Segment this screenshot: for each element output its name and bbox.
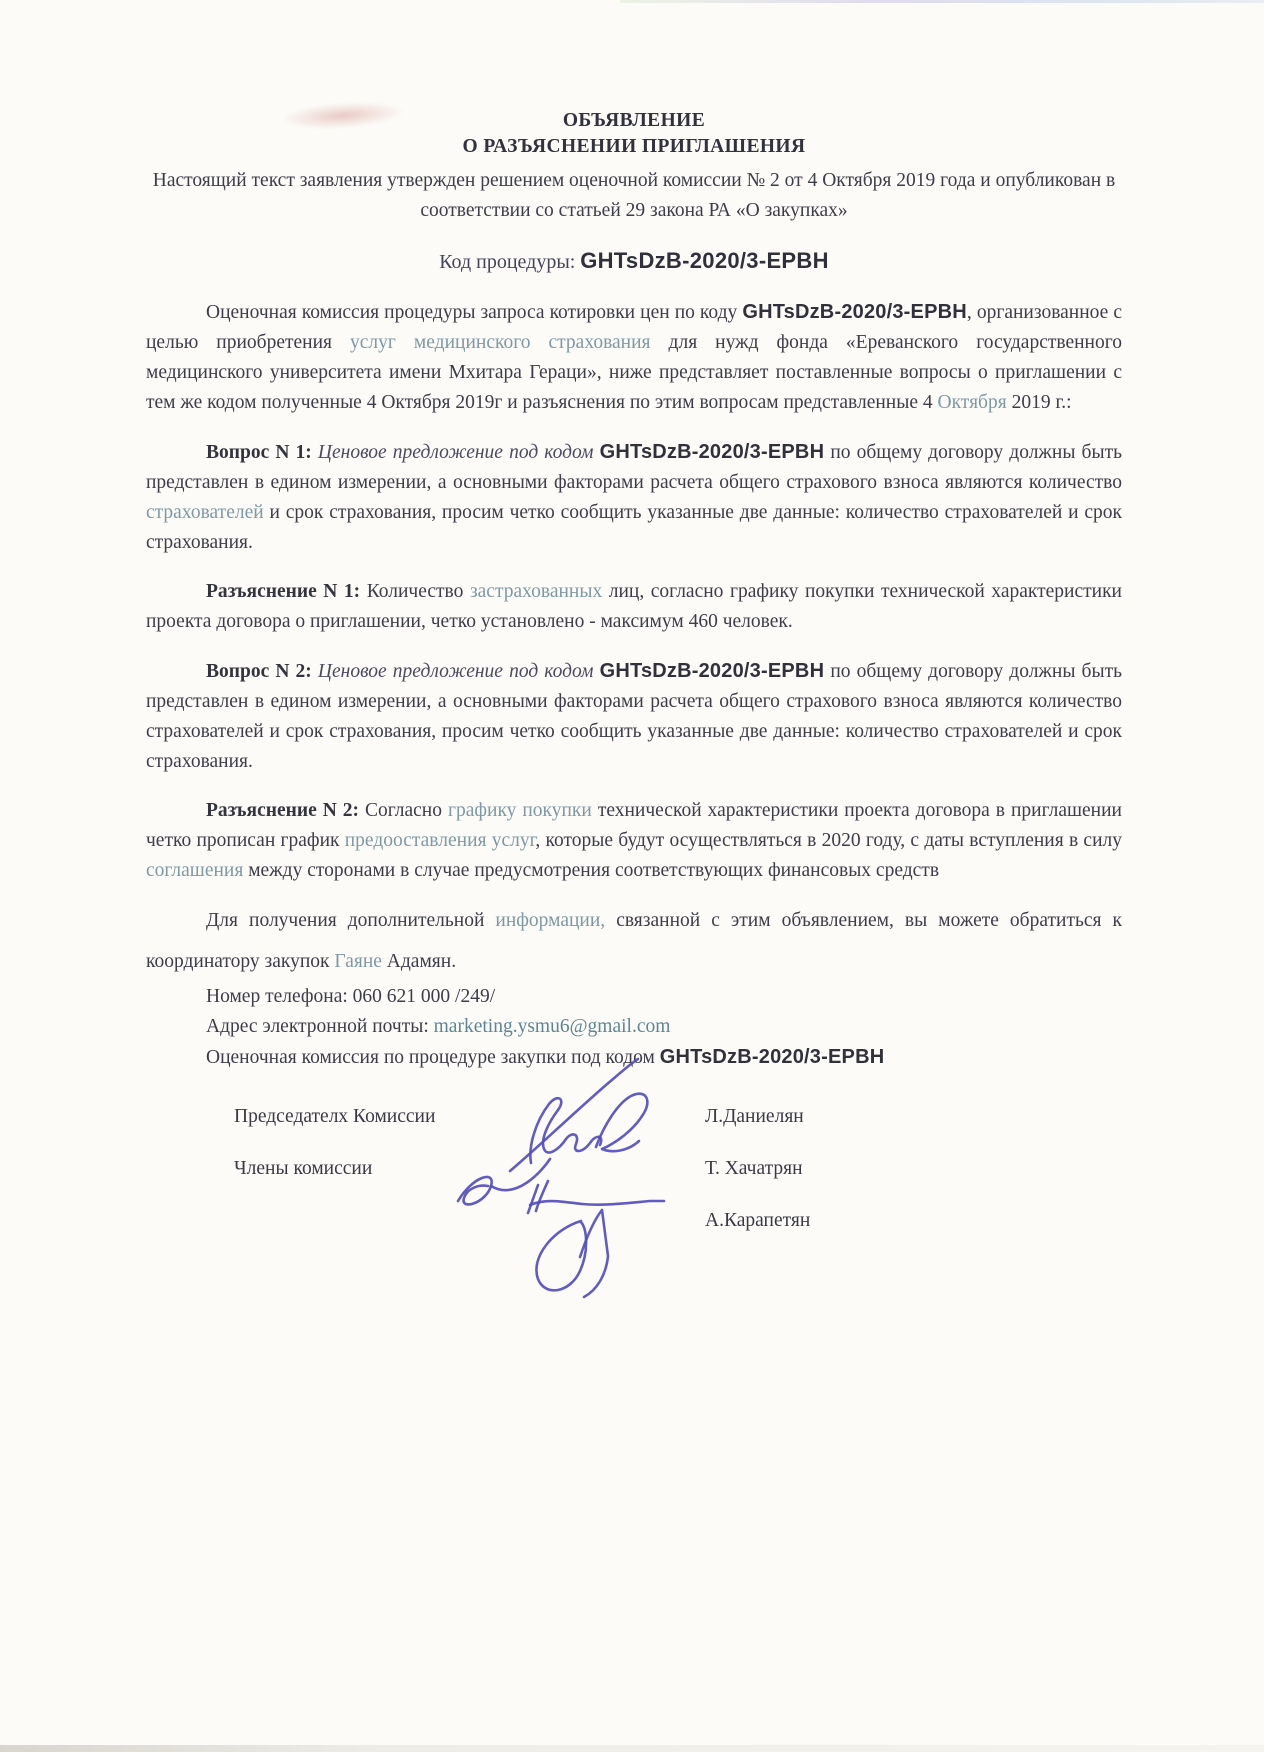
chairman-role-label: Председателх Комиссии (234, 1102, 564, 1132)
contact-note-paragraph: Для получения дополнительной информации,… (146, 900, 1122, 982)
text-segment: Адамян. (382, 951, 456, 972)
text-segment: GHTsDzB-2020/3-EPBH (600, 660, 825, 682)
signature-row-member-2: А.Карапетян (146, 1195, 1122, 1247)
text-segment: Для получения дополнительной (206, 910, 495, 931)
text-segment: Разъяснение N 1: (206, 581, 367, 602)
signature-row-member-1: Члены комиссии Т. Хачатрян (146, 1143, 1122, 1195)
members-role-label: Члены комиссии (234, 1154, 564, 1184)
text-segment: marketing.ysmu6@gmail.com (434, 1016, 671, 1037)
text-segment: графику покупки (448, 800, 592, 821)
text-segment: Согласно (365, 800, 448, 821)
text-segment: застрахованных (470, 581, 602, 602)
signature-block: Председателх Комиссии Л.Даниелян Члены к… (146, 1091, 1122, 1247)
text-segment: между сторонами в случае предусмотрения … (243, 860, 939, 881)
text-segment: Ценовое предложение под кодом (318, 661, 600, 682)
intro-paragraph: Настоящий текст заявления утвержден реше… (146, 166, 1122, 226)
text-segment: Вопрос N 1: (206, 442, 318, 463)
question-2-paragraph: Вопрос N 2: Ценовое предложение под кодо… (146, 656, 1122, 777)
text-segment: Ценовое предложение под кодом (318, 442, 600, 463)
text-segment: Октября (938, 392, 1007, 413)
phone-line: Номер телефона: 060 621 000 /249/ (146, 982, 1122, 1012)
document-title: ОБЪЯВЛЕНИЕ (146, 108, 1122, 134)
procedure-code-line: Код процедуры: GHTsDzB-2020/3-EPBH (146, 246, 1122, 278)
text-segment: Оценочная комиссия по процедуре закупки … (206, 1047, 660, 1068)
committee-line: Оценочная комиссия по процедуре закупки … (146, 1042, 1122, 1073)
overview-paragraph: Оценочная комиссия процедуры запроса кот… (146, 297, 1122, 418)
scanned-document-page: ОБЪЯВЛЕНИЕ О РАЗЪЯСНЕНИИ ПРИГЛАШЕНИЯ Нас… (0, 0, 1264, 1752)
text-segment: Гаяне (334, 951, 382, 972)
text-segment: предооставления услуг (345, 830, 536, 851)
chairman-name: Л.Даниелян (705, 1102, 1122, 1132)
text-segment: информации, (495, 910, 605, 931)
text-segment: , которые будут осуществляться в 2020 го… (535, 830, 1122, 851)
text-segment: и срок страхования, просим четко сообщит… (146, 502, 1122, 553)
text-segment: 2019 г.: (1007, 392, 1072, 413)
question-1-paragraph: Вопрос N 1: Ценовое предложение под кодо… (146, 437, 1122, 558)
clarification-1-paragraph: Разъяснение N 1: Количество застрахованн… (146, 577, 1122, 637)
text-segment: страхователей (146, 502, 264, 523)
text-segment: Разъяснение N 2: (206, 800, 365, 821)
scan-edge-bottom-artifact (0, 1745, 1264, 1752)
text-segment: GHTsDzB-2020/3-EPBH (600, 441, 825, 463)
text-segment: Адрес электронной почты: (206, 1016, 434, 1037)
text-segment: GHTsDzB-2020/3-EPBH (742, 301, 967, 323)
text-segment: Вопрос N 2: (206, 661, 318, 682)
text-segment: Оценочная комиссия процедуры запроса кот… (206, 302, 742, 323)
email-line: Адрес электронной почты: marketing.ysmu6… (146, 1012, 1122, 1042)
document-body: ОБЪЯВЛЕНИЕ О РАЗЪЯСНЕНИИ ПРИГЛАШЕНИЯ Нас… (0, 0, 1264, 1247)
document-subtitle: О РАЗЪЯСНЕНИИ ПРИГЛАШЕНИЯ (146, 134, 1122, 160)
member-1-name: Т. Хачатрян (705, 1154, 1122, 1184)
text-segment: Количество (367, 581, 470, 602)
signature-row-chairman: Председателх Комиссии Л.Даниелян (146, 1091, 1122, 1143)
clarification-2-paragraph: Разъяснение N 2: Согласно графику покупк… (146, 796, 1122, 886)
procedure-code-label: Код процедуры: (439, 251, 575, 273)
text-segment: GHTsDzB-2020/3-EPBH (660, 1046, 885, 1068)
text-segment: услуг медицинского страхования (350, 332, 651, 353)
text-segment: соглашения (146, 860, 243, 881)
procedure-code-value: GHTsDzB-2020/3-EPBH (580, 248, 829, 273)
member-2-name: А.Карапетян (705, 1206, 1122, 1236)
